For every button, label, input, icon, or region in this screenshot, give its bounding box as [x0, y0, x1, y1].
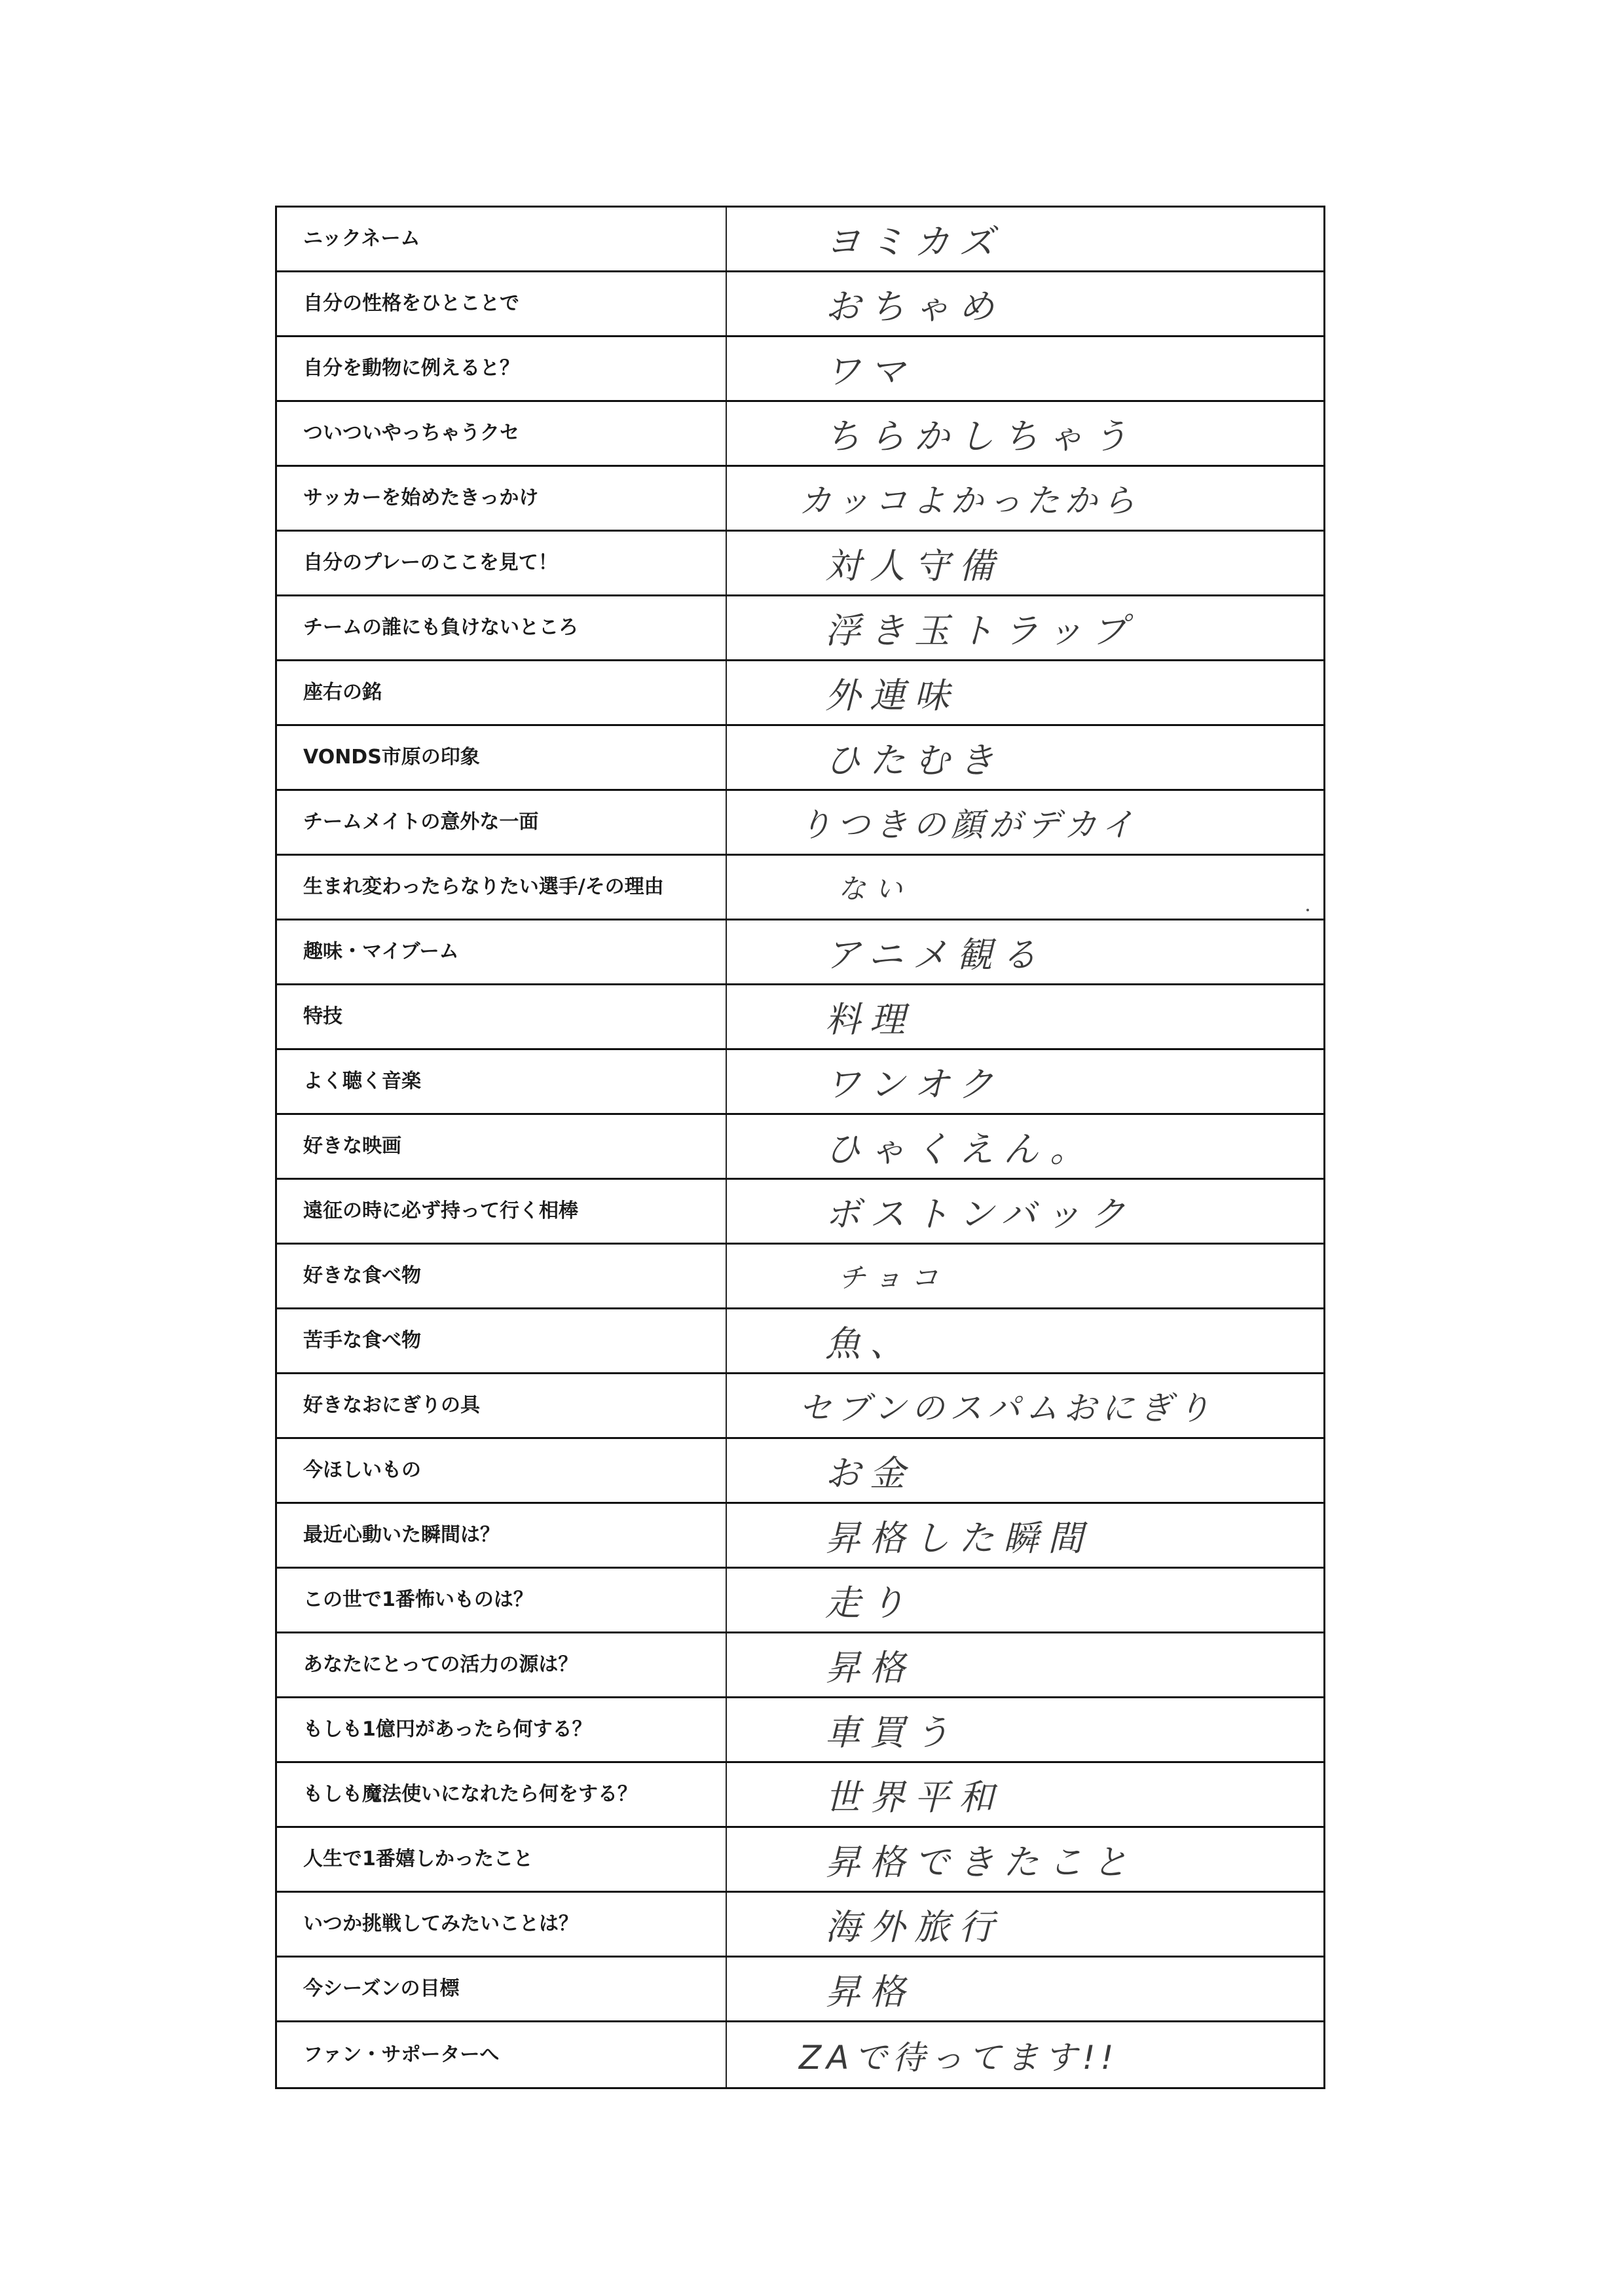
table-row-motto: 座右の銘 外連味 [277, 661, 1323, 726]
table-row-message-to-fans: ファン・サポーターへ ZAで待ってます!! [277, 2022, 1323, 2087]
question-label: 自分を動物に例えると？ [277, 337, 727, 400]
handwritten-answer: 昇格 [727, 1958, 1323, 2020]
question-label: チームの誰にも負けないところ [277, 596, 727, 659]
question-label: 生まれ変わったらなりたい選手/その理由 [277, 856, 727, 919]
question-label: ついついやっちゃうクセ [277, 402, 727, 465]
question-label: VONDS市原の印象 [277, 726, 727, 789]
handwritten-answer: 対人守備 [727, 532, 1323, 594]
table-row-hobby: 趣味・マイブーム アニメ観る [277, 920, 1323, 985]
table-row-happiest: 人生で1番嬉しかったこと 昇格できたこと [277, 1828, 1323, 1893]
table-row-disliked-food: 苦手な食べ物 魚、 [277, 1309, 1323, 1374]
question-label: ニックネーム [277, 208, 727, 270]
handwritten-answer: ワンオク [727, 1050, 1323, 1113]
handwritten-answer: 世界平和 [727, 1763, 1323, 1826]
handwritten-answer: お金 [727, 1439, 1323, 1502]
table-row-personality: 自分の性格をひとことで おちゃめ [277, 272, 1323, 337]
question-label: 遠征の時に必ず持って行く相棒 [277, 1180, 727, 1243]
table-row-movie: 好きな映画 ひゃくえん。 [277, 1115, 1323, 1180]
handwritten-answer: チョコ [727, 1245, 1323, 1307]
table-row-teammate-side: チームメイトの意外な一面 りつきの顔がデカイ [277, 791, 1323, 856]
question-label: 特技 [277, 985, 727, 1048]
question-label: 苦手な食べ物 [277, 1309, 727, 1372]
question-label: チームメイトの意外な一面 [277, 791, 727, 854]
handwritten-answer: ワマ [727, 337, 1323, 400]
handwritten-answer: りつきの顔がデカイ [727, 791, 1323, 854]
table-row-100m-yen: もしも1億円があったら何する？ 車買う [277, 1698, 1323, 1763]
table-row-moved-moment: 最近心動いた瞬間は？ 昇格した瞬間 [277, 1504, 1323, 1569]
handwritten-answer: アニメ観る [727, 920, 1323, 983]
table-row-scariest: この世で1番怖いものは？ 走り [277, 1569, 1323, 1633]
scan-speck [1306, 909, 1309, 911]
handwritten-answer: ヨミカズ [727, 208, 1323, 270]
table-row-strength: チームの誰にも負けないところ 浮き玉トラップ [277, 596, 1323, 661]
handwritten-answer: 昇格した瞬間 [727, 1504, 1323, 1567]
questionnaire-table: ニックネーム ヨミカズ 自分の性格をひとことで おちゃめ 自分を動物に例えると？… [275, 206, 1325, 2089]
handwritten-answer: 走り [727, 1569, 1323, 1631]
handwritten-answer: ZAで待ってます!! [727, 2022, 1323, 2087]
handwritten-answer: ひたむき [727, 726, 1323, 789]
question-label: もしも魔法使いになれたら何をする？ [277, 1763, 727, 1826]
question-label: ファン・サポーターへ [277, 2022, 727, 2087]
handwritten-answer: 浮き玉トラップ [727, 596, 1323, 659]
question-label: 好きな食べ物 [277, 1245, 727, 1307]
table-row-soccer-start: サッカーを始めたきっかけ カッコよかったから [277, 467, 1323, 532]
table-row-challenge: いつか挑戦してみたいことは？ 海外旅行 [277, 1893, 1323, 1958]
table-row-wizard: もしも魔法使いになれたら何をする？ 世界平和 [277, 1763, 1323, 1828]
question-label: 今シーズンの目標 [277, 1958, 727, 2020]
question-label: 自分の性格をひとことで [277, 272, 727, 335]
table-row-energy-source: あなたにとっての活力の源は？ 昇格 [277, 1633, 1323, 1698]
question-label: 今ほしいもの [277, 1439, 727, 1502]
question-label: いつか挑戦してみたいことは？ [277, 1893, 727, 1956]
question-label: よく聴く音楽 [277, 1050, 727, 1113]
table-row-want-now: 今ほしいもの お金 [277, 1439, 1323, 1504]
table-row-season-goal: 今シーズンの目標 昇格 [277, 1958, 1323, 2022]
table-row-music: よく聴く音楽 ワンオク [277, 1050, 1323, 1115]
question-label: 自分のプレーのここを見て！ [277, 532, 727, 594]
question-label: 好きなおにぎりの具 [277, 1374, 727, 1437]
handwritten-answer: 昇格 [727, 1633, 1323, 1696]
handwritten-answer: 料理 [727, 985, 1323, 1048]
handwritten-answer: ボストンバック [727, 1180, 1323, 1243]
handwritten-answer: ない [727, 856, 1323, 919]
table-row-nickname: ニックネーム ヨミカズ [277, 208, 1323, 272]
table-row-travel-buddy: 遠征の時に必ず持って行く相棒 ボストンバック [277, 1180, 1323, 1245]
handwritten-answer: セブンのスパムおにぎり [727, 1374, 1323, 1437]
table-row-play-highlight: 自分のプレーのここを見て！ 対人守備 [277, 532, 1323, 596]
table-row-animal: 自分を動物に例えると？ ワマ [277, 337, 1323, 402]
question-label: 最近心動いた瞬間は？ [277, 1504, 727, 1567]
table-row-habit: ついついやっちゃうクセ ちらかしちゃう [277, 402, 1323, 467]
handwritten-answer: 昇格できたこと [727, 1828, 1323, 1891]
table-row-reborn-player: 生まれ変わったらなりたい選手/その理由 ない [277, 856, 1323, 920]
question-label: 人生で1番嬉しかったこと [277, 1828, 727, 1891]
table-row-favorite-food: 好きな食べ物 チョコ [277, 1245, 1323, 1309]
handwritten-answer: ちらかしちゃう [727, 402, 1323, 465]
table-row-team-impression: VONDS市原の印象 ひたむき [277, 726, 1323, 791]
handwritten-answer: ひゃくえん。 [727, 1115, 1323, 1178]
question-label: もしも1億円があったら何する？ [277, 1698, 727, 1761]
question-label: 趣味・マイブーム [277, 920, 727, 983]
table-row-onigiri: 好きなおにぎりの具 セブンのスパムおにぎり [277, 1374, 1323, 1439]
handwritten-answer: 外連味 [727, 661, 1323, 724]
handwritten-answer: カッコよかったから [727, 467, 1323, 530]
table-row-skill: 特技 料理 [277, 985, 1323, 1050]
question-label: あなたにとっての活力の源は？ [277, 1633, 727, 1696]
handwritten-answer: 車買う [727, 1698, 1323, 1761]
handwritten-answer: 海外旅行 [727, 1893, 1323, 1956]
question-label: 座右の銘 [277, 661, 727, 724]
question-label: 好きな映画 [277, 1115, 727, 1178]
question-label: サッカーを始めたきっかけ [277, 467, 727, 530]
handwritten-answer: 魚、 [727, 1309, 1323, 1372]
handwritten-answer: おちゃめ [727, 272, 1323, 335]
question-label: この世で1番怖いものは？ [277, 1569, 727, 1631]
